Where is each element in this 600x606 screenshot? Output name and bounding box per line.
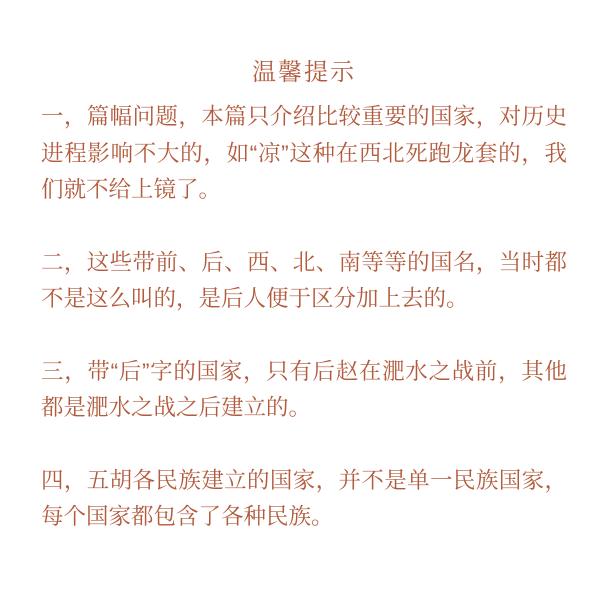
notice-title: 温馨提示 xyxy=(41,55,567,91)
notice-card: 温馨提示 一，篇幅问题，本篇只介绍比较重要的国家，对历史进程影响不大的，如“凉”… xyxy=(0,0,600,606)
notice-paragraph-3: 三，带“后”字的国家，只有后赵在淝水之战前，其他都是淝水之战之后建立的。 xyxy=(41,354,567,427)
notice-paragraph-1: 一，篇幅问题，本篇只介绍比较重要的国家，对历史进程影响不大的，如“凉”这种在西北… xyxy=(41,99,567,209)
notice-paragraph-4: 四，五胡各民族建立的国家，并不是单一民族国家，每个国家都包含了各种民族。 xyxy=(41,463,567,536)
notice-paragraph-2: 二，这些带前、后、西、北、南等等的国名，当时都不是这么叫的，是后人便于区分加上去… xyxy=(41,245,567,318)
